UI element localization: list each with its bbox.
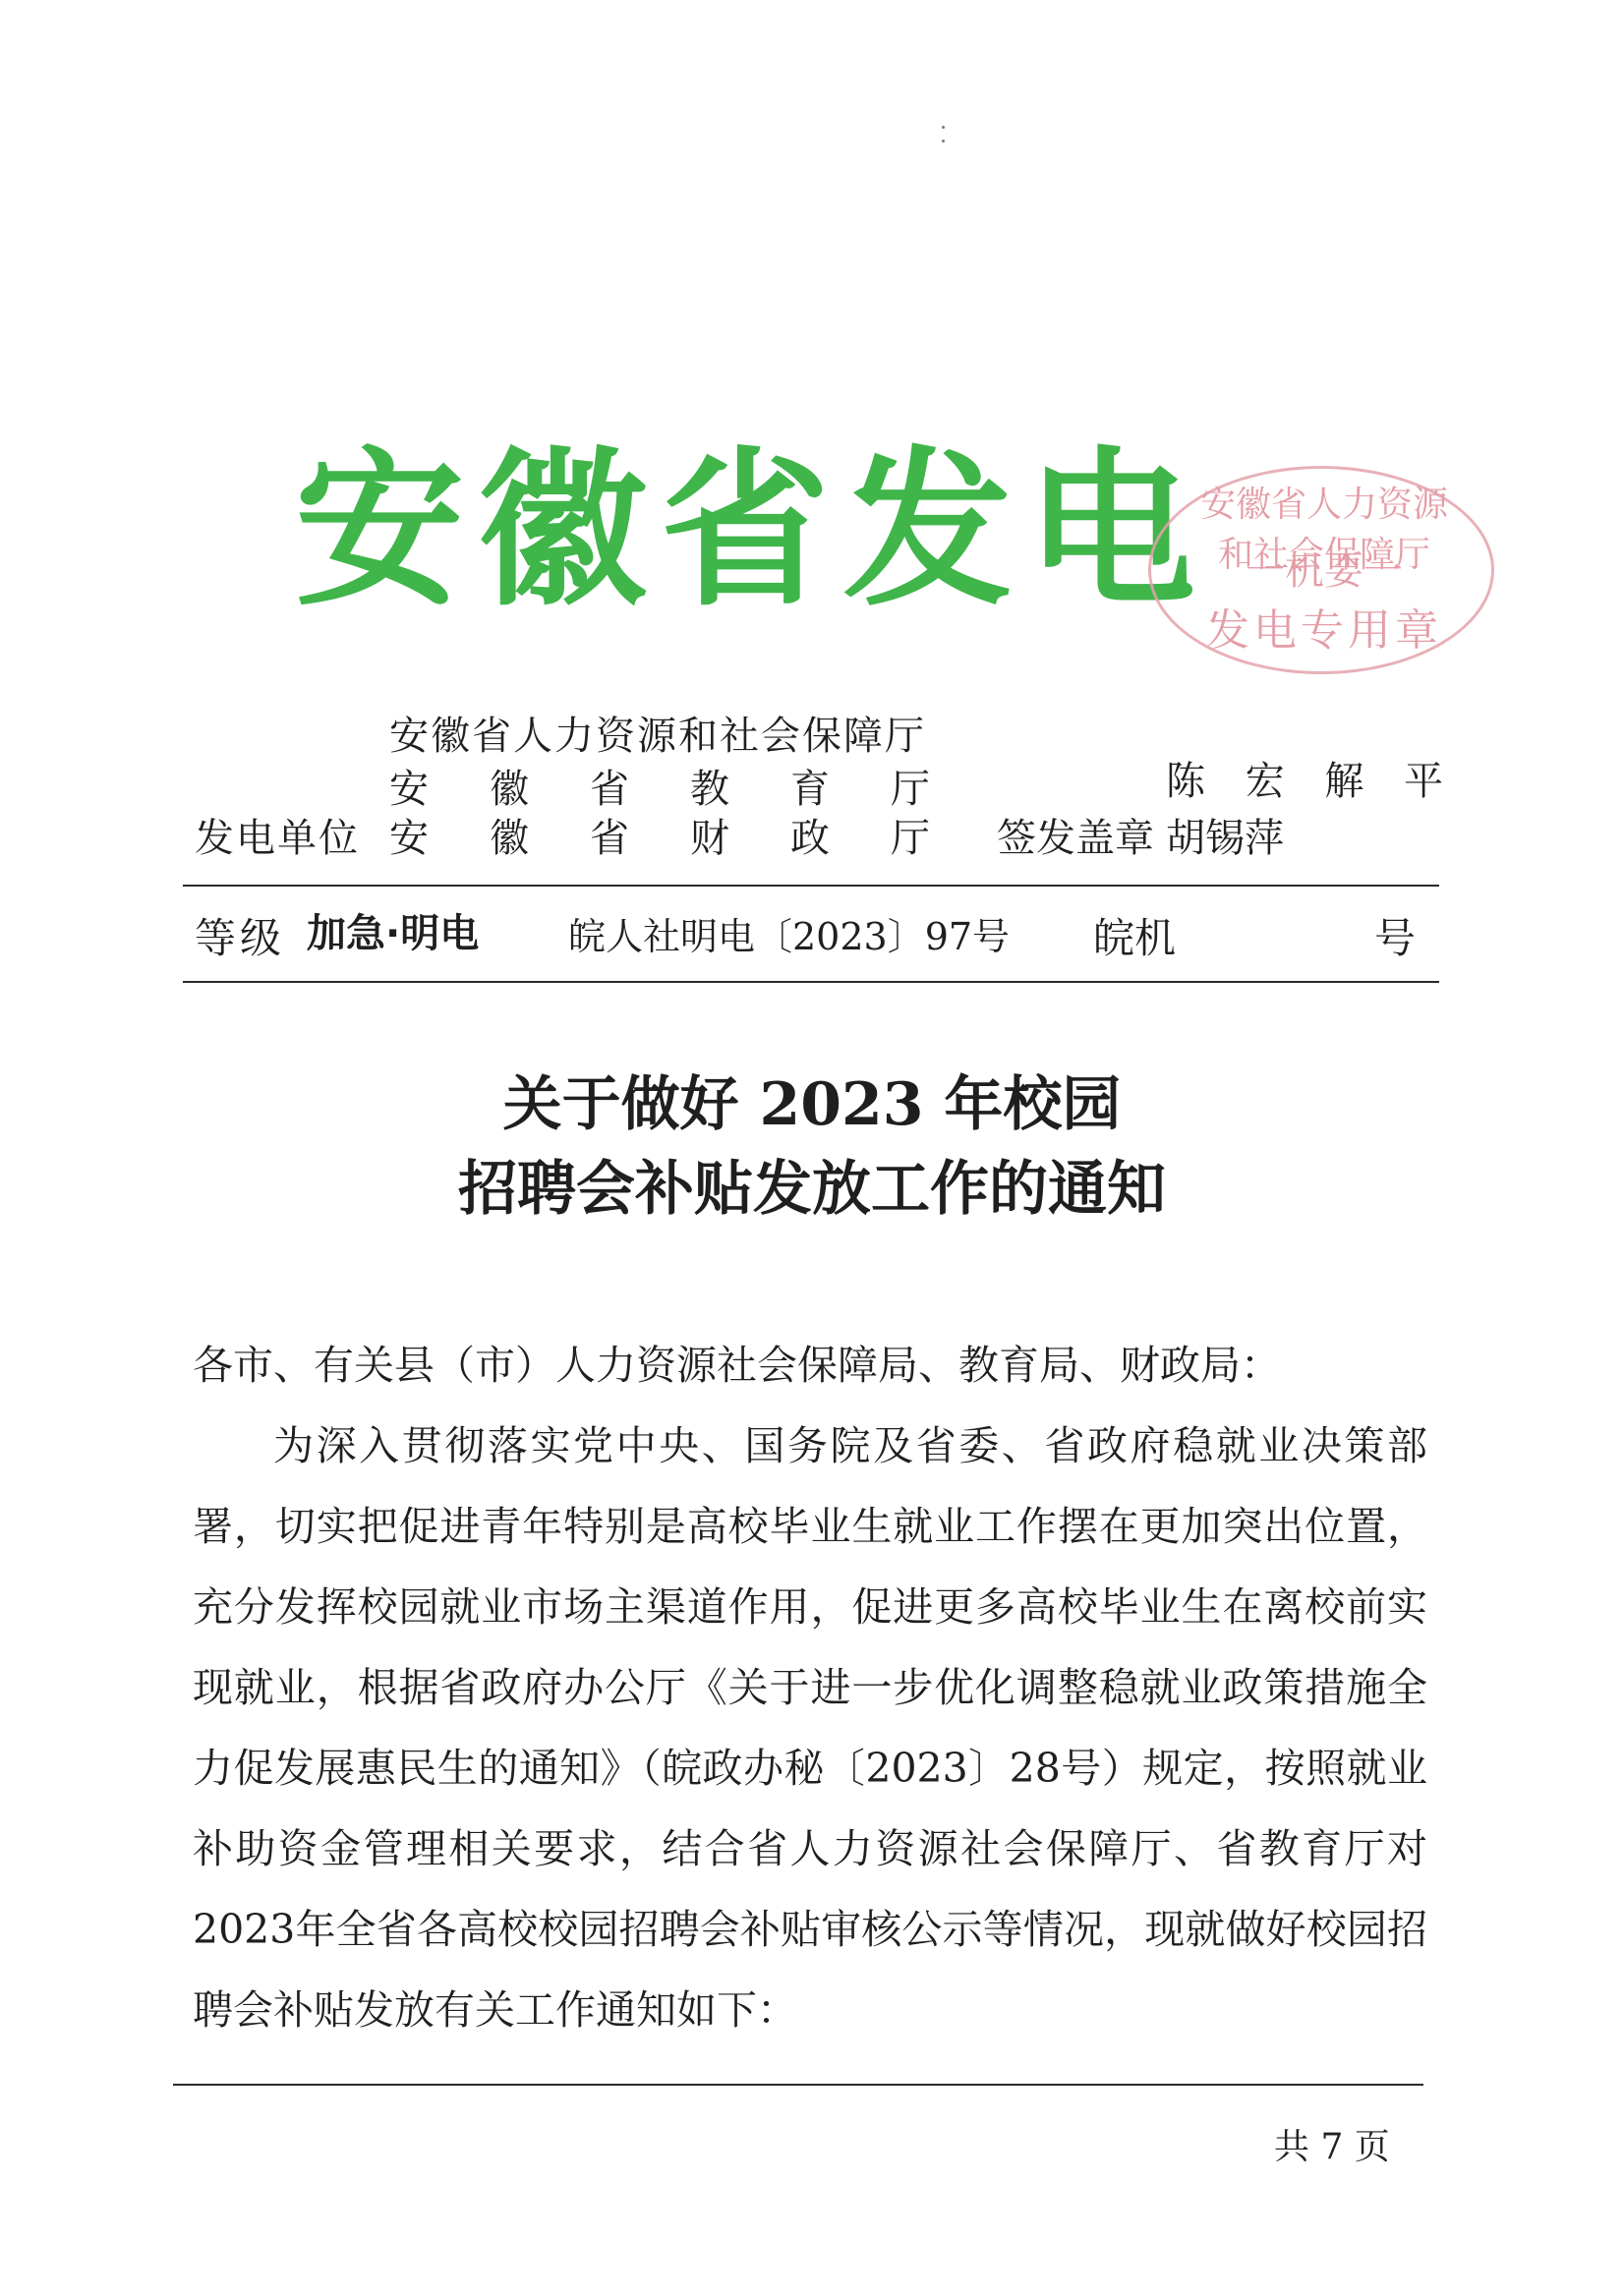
char: 政: [790, 812, 830, 865]
masthead-title: 安徽省发电: [295, 432, 1278, 629]
sender-unit-3: 安 徽 省 财 政 厅: [389, 812, 930, 865]
official-seal: 安徽省人力资源和社会保障厅 一机要一 发电专用章: [1148, 466, 1494, 674]
char: 育: [790, 763, 830, 816]
signers-line-2: 胡锡萍: [1166, 812, 1284, 865]
char: 厅: [891, 763, 930, 816]
document-title-line-2: 招聘会补贴发放工作的通知: [0, 1150, 1624, 1229]
char: 省: [590, 763, 629, 816]
char: 省: [590, 812, 629, 865]
char: 教: [690, 763, 729, 816]
seal-middle-text: 一机要一: [1210, 540, 1438, 596]
divider-top: [183, 885, 1439, 887]
char: 财: [690, 812, 729, 865]
footer-divider: [173, 2084, 1423, 2086]
sender-unit-1: 安徽省人力资源和社会保障厅: [389, 710, 926, 763]
divider-bottom: [183, 981, 1439, 983]
confidential-prefix: 皖机: [1093, 906, 1176, 965]
page-count: 共 7 页: [1274, 2119, 1390, 2169]
paragraph-1: 为深入贯彻落实党中央、国务院及省委、省政府稳就业决策部署，切实把促进青年特别是高…: [193, 1406, 1427, 2050]
char: 安: [389, 763, 429, 816]
confidential-suffix: 号: [1374, 906, 1416, 965]
char: 徽: [490, 812, 529, 865]
level-label: 等级: [195, 906, 285, 965]
char: 厅: [891, 812, 930, 865]
document-body: 各市、有关县（市）人力资源社会保障局、教育局、财政局： 为深入贯彻落实党中央、国…: [193, 1325, 1427, 2050]
char: 安: [389, 812, 429, 865]
doc-number: 皖人社明电〔2023〕97号: [568, 906, 1010, 960]
scan-artifact: [942, 140, 945, 143]
salutation: 各市、有关县（市）人力资源社会保障局、教育局、财政局：: [193, 1325, 1427, 1406]
signers-line-1: 陈 宏 解 平: [1166, 755, 1457, 808]
scan-artifact: [942, 126, 945, 129]
sender-unit-2: 安 徽 省 教 育 厅: [389, 763, 930, 816]
sender-label: 发电单位: [195, 812, 360, 865]
document-title-line-1: 关于做好 2023 年校园: [0, 1065, 1624, 1144]
char: 徽: [490, 763, 529, 816]
seal-bottom-text: 发电专用章: [1190, 595, 1458, 658]
signer-label: 签发盖章: [997, 812, 1154, 865]
level-value: 加急·明电: [307, 902, 479, 958]
